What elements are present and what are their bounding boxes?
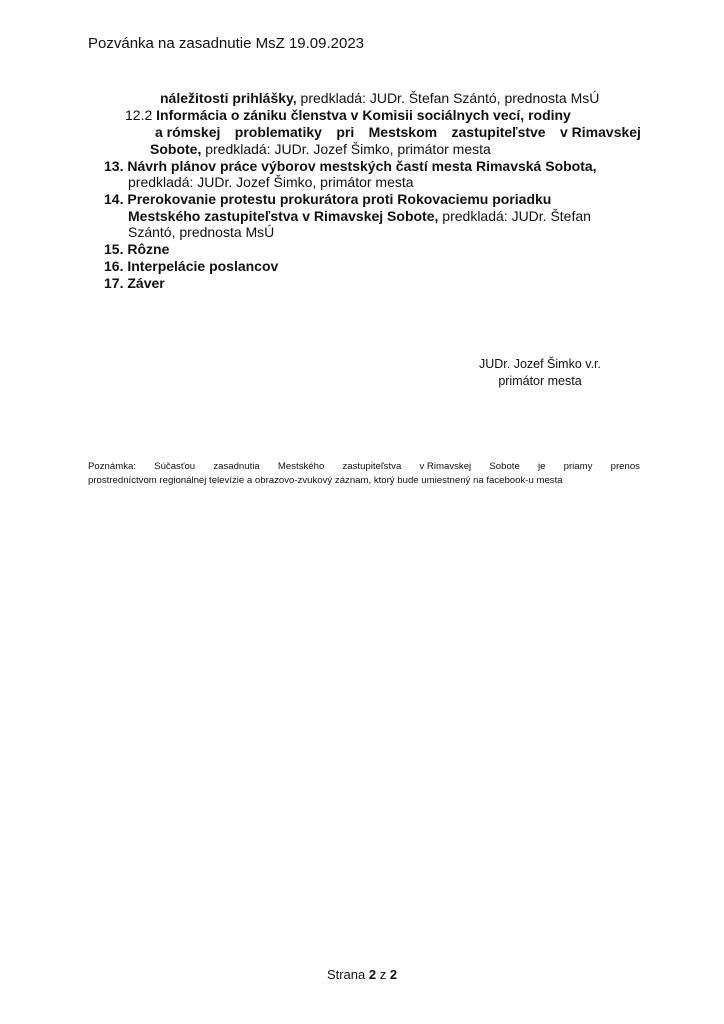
agenda-item-12-2-line3: Sobote, predkladá: JUDr. Jozef Šimko, pr… xyxy=(150,141,491,158)
agenda-item-title: Rôzne xyxy=(127,241,169,257)
word: Mestského xyxy=(278,460,324,474)
current-page: 2 xyxy=(369,967,376,982)
document-header: Pozvánka na zasadnutie MsZ 19.09.2023 xyxy=(88,35,364,52)
word: zasadnutia xyxy=(213,460,259,474)
word: prenos xyxy=(611,460,640,474)
agenda-item-14-line2: Mestského zastupiteľstva v Rimavskej Sob… xyxy=(128,208,591,225)
agenda-item-presenter: Szántó, prednosta MsÚ xyxy=(128,224,274,241)
total-pages: 2 xyxy=(390,967,397,982)
agenda-item-14: 14. Prerokovanie protestu prokurátora pr… xyxy=(104,191,551,208)
word: v Rimavskej xyxy=(560,124,641,141)
agenda-item-15: 15. Rôzne xyxy=(104,241,169,258)
word: zastupiteľstva xyxy=(342,460,401,474)
agenda-item-number: 12.2 xyxy=(125,107,152,123)
agenda-item-title: Sobote, xyxy=(150,141,201,157)
word: Poznámka: xyxy=(88,460,136,474)
agenda-item-continuation: náležitosti prihlášky, predkladá: JUDr. … xyxy=(160,90,599,107)
agenda-item-number: 13. xyxy=(104,158,123,174)
word: problematiky xyxy=(235,124,322,141)
page-label: Strana xyxy=(327,967,369,982)
word: a rómskej xyxy=(155,124,220,141)
word: Sobote xyxy=(489,460,519,474)
word: Súčasťou xyxy=(154,460,195,474)
word: v Rimavskej xyxy=(419,460,471,474)
word: pri xyxy=(336,124,354,141)
agenda-item-title: Záver xyxy=(127,275,164,291)
word: zastupiteľstve xyxy=(452,124,546,141)
agenda-item-title: Mestského zastupiteľstva v Rimavskej Sob… xyxy=(128,208,438,224)
agenda-item-presenter: predkladá: JUDr. Jozef Šimko, primátor m… xyxy=(201,141,490,157)
word: priamy xyxy=(564,460,593,474)
agenda-item-title: Informácia o zániku členstva v Komisii s… xyxy=(156,107,571,123)
agenda-item-number: 16. xyxy=(104,258,123,274)
agenda-item-presenter: predkladá: JUDr. Štefan Szántó, prednost… xyxy=(297,90,600,106)
agenda-item-16: 16. Interpelácie poslancov xyxy=(104,258,278,275)
agenda-item-presenter: predkladá: JUDr. Jozef Šimko, primátor m… xyxy=(128,174,414,191)
agenda-item-number: 17. xyxy=(104,275,123,291)
agenda-item-12-2-line2: a rómskej problematiky pri Mestskom zast… xyxy=(155,124,641,141)
agenda-item-12-2: 12.2 Informácia o zániku členstva v Komi… xyxy=(125,107,571,124)
word: Mestskom xyxy=(369,124,437,141)
signature-role: primátor mesta xyxy=(440,374,640,388)
word: je xyxy=(538,460,545,474)
note-line2: prostredníctvom regionálnej televízie a … xyxy=(88,474,640,488)
page-separator: z xyxy=(376,967,390,982)
note-line1: Poznámka: Súčasťou zasadnutia Mestského … xyxy=(88,460,640,474)
agenda-item-title: Interpelácie poslancov xyxy=(127,258,278,274)
agenda-item-title: Návrh plánov práce výborov mestských čas… xyxy=(127,158,596,174)
agenda-item-title: Prerokovanie protestu prokurátora proti … xyxy=(127,191,551,207)
agenda-item-title: náležitosti prihlášky, xyxy=(160,90,297,106)
agenda-item-17: 17. Záver xyxy=(104,275,165,292)
agenda-item-number: 15. xyxy=(104,241,123,257)
signature-name: JUDr. Jozef Šimko v.r. xyxy=(440,357,640,371)
page-footer: Strana 2 z 2 xyxy=(0,967,724,982)
agenda-item-number: 14. xyxy=(104,191,123,207)
agenda-item-13: 13. Návrh plánov práce výborov mestských… xyxy=(104,158,597,175)
agenda-item-presenter: predkladá: JUDr. Štefan xyxy=(438,208,591,224)
